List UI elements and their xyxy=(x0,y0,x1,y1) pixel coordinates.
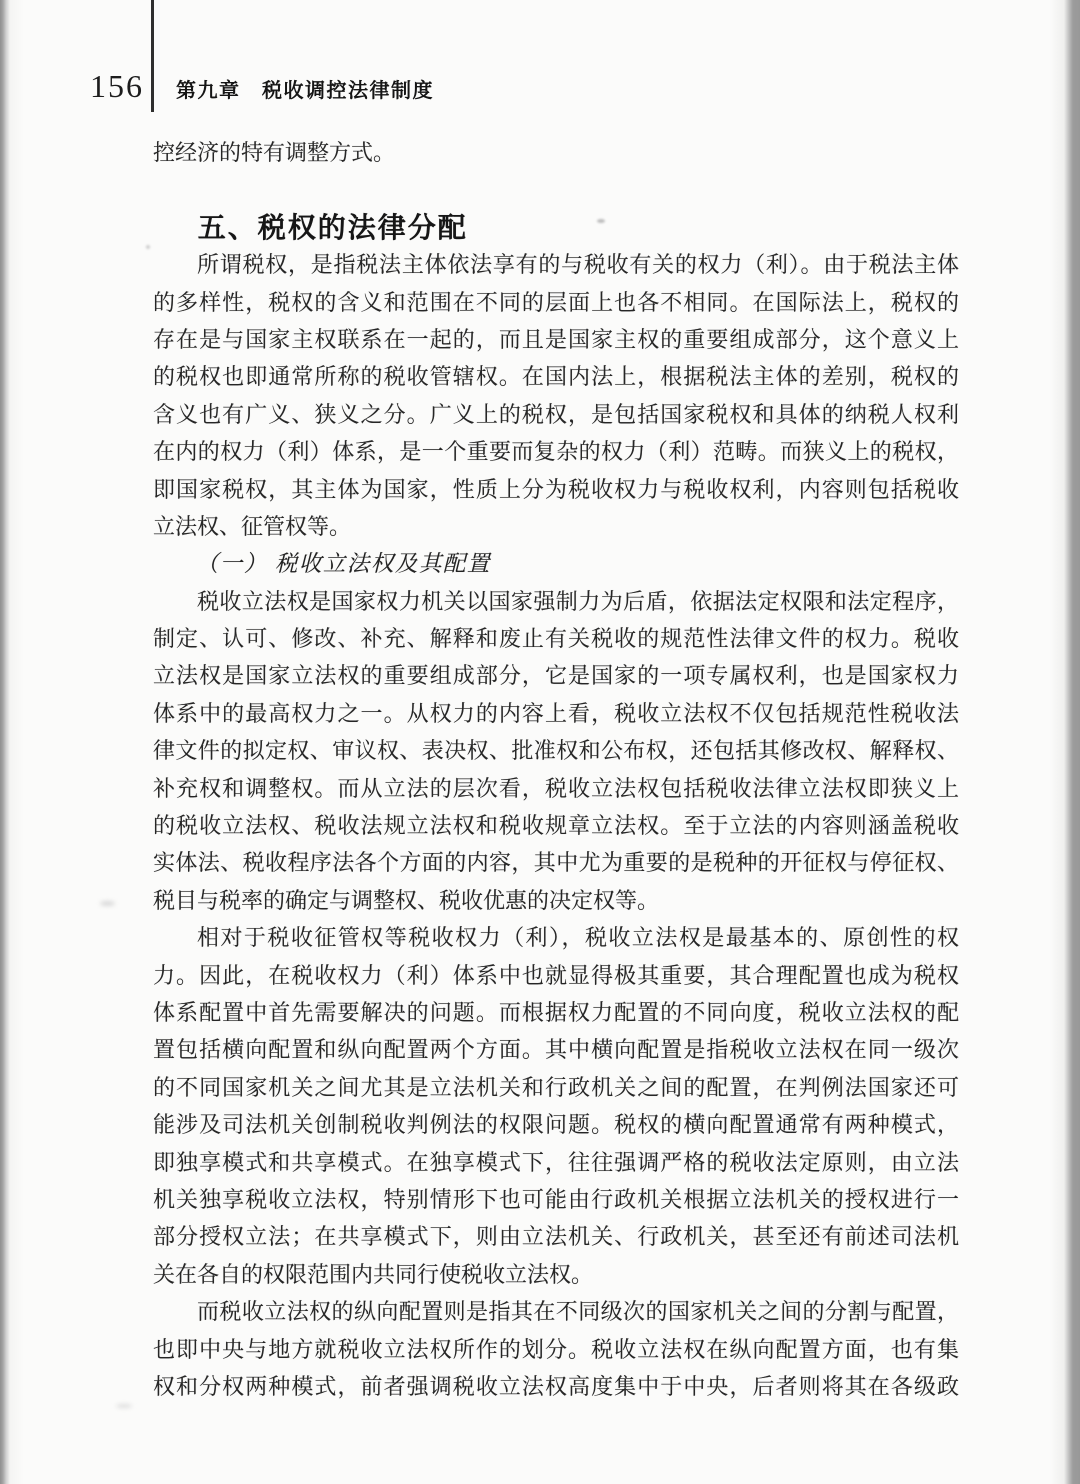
chapter-title: 第九章 税收调控法律制度 xyxy=(176,74,434,103)
text-line: 控经济的特有调整方式。 xyxy=(153,134,959,171)
text-line: 体系配置中首先需要解决的问题。而根据权力配置的不同向度，税收立法权的配 xyxy=(153,994,959,1031)
text-line: 的不同国家机关之间尤其是立法机关和行政机关之间的配置，在判例法国家还可 xyxy=(153,1069,959,1106)
section-heading: 五、税权的法律分配 xyxy=(153,209,959,246)
blank-line xyxy=(153,171,959,208)
scan-artifact xyxy=(146,245,150,249)
text-line: 权和分权两种模式，前者强调税收立法权高度集中于中央，后者则将其在各级政 xyxy=(153,1368,959,1405)
text-line: 也即中央与地方就税收立法权所作的划分。税收立法权在纵向配置方面，也有集 xyxy=(153,1331,959,1368)
page-number: 156 xyxy=(90,68,144,105)
text-line: 含义也有广义、狭义之分。广义上的税权，是包括国家税权和具体的纳税人权利 xyxy=(153,396,959,433)
scan-artifact xyxy=(100,901,115,906)
text-line: 关在各自的权限范围内共同行使税收立法权。 xyxy=(153,1256,959,1293)
text-line: 补充权和调整权。而从立法的层次看，税收立法权包括税收法律立法权即狭义上 xyxy=(153,770,959,807)
text-line: 存在是与国家主权联系在一起的，而且是国家主权的重要组成部分，这个意义上 xyxy=(153,321,959,358)
text-line: 实体法、税收程序法各个方面的内容，其中尤为重要的是税种的开征权与停征权、 xyxy=(153,844,959,881)
text-line: 税收立法权是国家权力机关以国家强制力为后盾，依据法定权限和法定程序， xyxy=(153,583,959,620)
text-line: 相对于税收征管权等税收权力（利），税收立法权是最基本的、原创性的权 xyxy=(153,919,959,956)
text-line: 即国家税权，其主体为国家，性质上分为税收权力与税收权利，内容则包括税收 xyxy=(153,471,959,508)
text-line: 力。因此，在税收权力（利）体系中也就显得极其重要，其合理配置也成为税权 xyxy=(153,957,959,994)
header-divider xyxy=(151,0,154,112)
text-line: 即独享模式和共享模式。在独享模式下，往往强调严格的税收法定原则，由立法 xyxy=(153,1144,959,1181)
text-line: 机关独享税收立法权，特别情形下也可能由行政机关根据立法机关的授权进行一 xyxy=(153,1181,959,1218)
text-line: 立法权、征管权等。 xyxy=(153,508,959,545)
text-line: 的多样性，税权的含义和范围在不同的层面上也各不相同。在国际法上，税权的 xyxy=(153,284,959,321)
text-line: 税目与税率的确定与调整权、税收优惠的决定权等。 xyxy=(153,882,959,919)
text-column: 控经济的特有调整方式。五、税权的法律分配所谓税权，是指税法主体依法享有的与税收有… xyxy=(153,134,959,1405)
text-line: 在内的权力（利）体系，是一个重要而复杂的权力（利）范畴。而狭义上的税权， xyxy=(153,433,959,470)
text-line: 的税权也即通常所称的税收管辖权。在国内法上，根据税法主体的差别，税权的 xyxy=(153,358,959,395)
text-line: 体系中的最高权力之一。从权力的内容上看，税收立法权不仅包括规范性税收法 xyxy=(153,695,959,732)
book-page: 156 第九章 税收调控法律制度 控经济的特有调整方式。五、税权的法律分配所谓税… xyxy=(0,0,1080,1484)
text-line: 部分授权立法；在共享模式下，则由立法机关、行政机关，甚至还有前述司法机 xyxy=(153,1218,959,1255)
text-line: 制定、认可、修改、补充、解释和废止有关税收的规范性法律文件的权力。税收 xyxy=(153,620,959,657)
text-line: 的税收立法权、税收法规立法权和税收规章立法权。至于立法的内容则涵盖税收 xyxy=(153,807,959,844)
subsection-heading: （一） 税收立法权及其配置 xyxy=(153,545,959,582)
text-line: 能涉及司法机关创制税收判例法的权限问题。税权的横向配置通常有两种模式， xyxy=(153,1106,959,1143)
scan-artifact xyxy=(597,219,605,223)
text-line: 而税收立法权的纵向配置则是指其在不同级次的国家机关之间的分割与配置， xyxy=(153,1293,959,1330)
text-line: 置包括横向配置和纵向配置两个方面。其中横向配置是指税收立法权在同一级次 xyxy=(153,1031,959,1068)
text-line: 律文件的拟定权、审议权、表决权、批准权和公布权，还包括其修改权、解释权、 xyxy=(153,732,959,769)
text-line: 所谓税权，是指税法主体依法享有的与税收有关的权力（利）。由于税法主体 xyxy=(153,246,959,283)
text-line: 立法权是国家立法权的重要组成部分，它是国家的一项专属权利，也是国家权力 xyxy=(153,657,959,694)
scan-artifact xyxy=(116,1404,132,1408)
